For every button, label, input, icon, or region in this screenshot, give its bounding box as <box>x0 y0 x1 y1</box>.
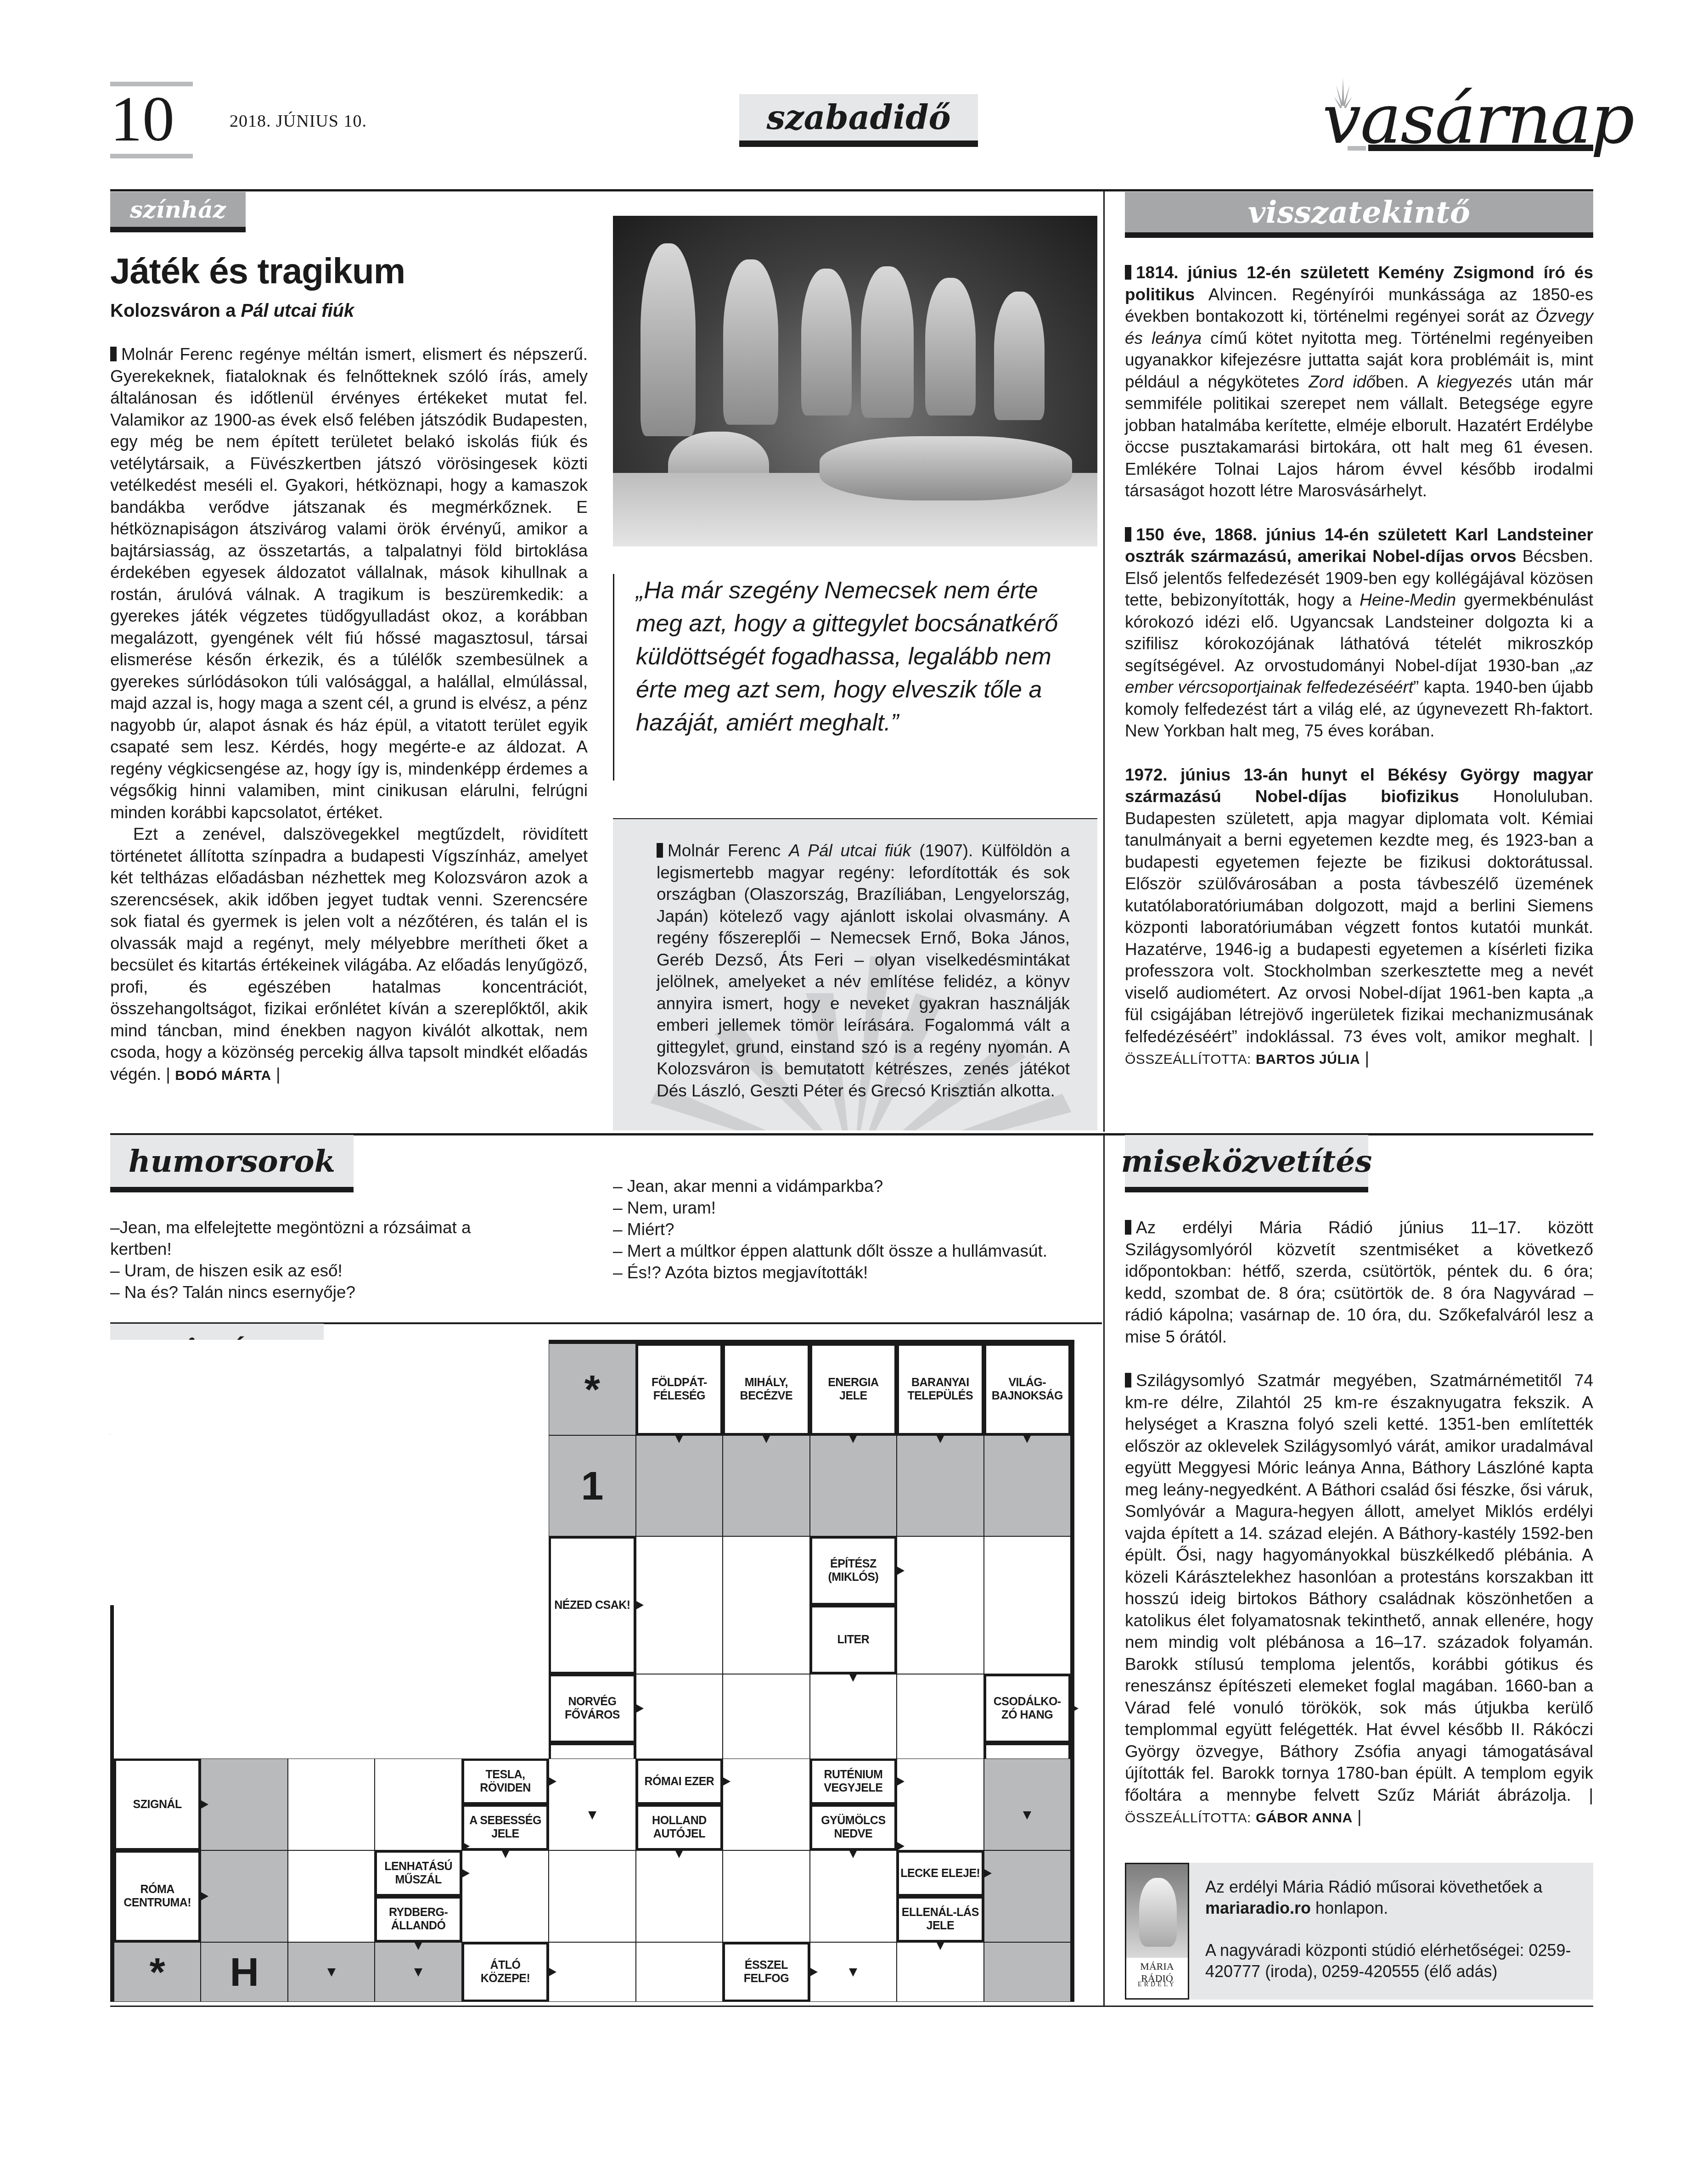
retro-text: ben. A <box>1376 372 1437 391</box>
quote-rule <box>613 574 614 781</box>
tag-visszatekinto: visszatekintő <box>1125 192 1593 238</box>
answer-cell[interactable] <box>897 1536 983 1674</box>
author-byline: GÁBOR ANNA <box>1256 1810 1353 1826</box>
star-cell: * <box>549 1343 635 1435</box>
paragraph-marker <box>1125 1220 1131 1235</box>
publication-logo: vasárnap <box>1322 85 1634 154</box>
retro-column: 1814. június 12-én született Kemény Zsig… <box>1125 262 1593 1071</box>
paragraph-text: Ezt a zenével, dalszövegekkel megtűzdelt… <box>110 825 588 1084</box>
retro-item: 1814. június 12-én született Kemény Zsig… <box>1125 262 1593 502</box>
joke-1: –Jean, ma elfelejtette megöntözni a rózs… <box>110 1217 523 1303</box>
joke-line: – Jean, akar menni a vidámparkba? <box>613 1175 1072 1197</box>
clue-cell: ÉPÍTÉSZ (MIKLÓS) <box>810 1536 897 1605</box>
tag-label: humorsorok <box>129 1143 335 1179</box>
author-byline: BARTOS JÚLIA <box>1256 1052 1360 1067</box>
subhead-text: Kolozsváron a <box>110 301 241 321</box>
answer-cell[interactable] <box>462 1850 549 1942</box>
clue-cell: LITER <box>810 1605 897 1674</box>
clue-cell: LECKE ELEJE! <box>897 1850 983 1896</box>
answer-cell[interactable] <box>201 1759 287 1850</box>
answer-cell[interactable] <box>723 1536 809 1674</box>
article-body: Molnár Ferenc regénye méltán ismert, eli… <box>110 343 588 1086</box>
page-number-bar-bottom <box>110 154 193 158</box>
subhead-title: Pál utcai fiúk <box>241 301 354 321</box>
page-number: 10 <box>110 87 174 152</box>
pull-quote: „Ha már szegény Nemecsek nem érte meg az… <box>636 574 1077 739</box>
article-subhead: Kolozsváron a Pál utcai fiúk <box>110 301 354 321</box>
clue-cell: MIHÁLY, BECÉZVE <box>723 1343 809 1435</box>
clue-cell: ÁTLÓ KÖZEPE! <box>462 1942 549 2002</box>
clue-cell: SZIGNÁL <box>114 1759 201 1850</box>
answer-cell[interactable] <box>636 1942 723 2002</box>
retro-italic: kiegyezés <box>1437 372 1512 391</box>
clue-cell: HOLLAND AUTÓJEL <box>636 1804 723 1850</box>
joke-line: – Na és? Talán nincs esernyője? <box>110 1281 523 1303</box>
section-label: szabadidő <box>766 98 950 137</box>
answer-cell[interactable] <box>636 1435 723 1536</box>
mass-paragraph: Szilágysomlyó Szatmár megyében, Szatmárn… <box>1125 1370 1593 1829</box>
article-paragraph: Molnár Ferenc regénye méltán ismert, eli… <box>110 343 588 823</box>
clue-cell: RUTÉNIUM VEGYJELE <box>810 1759 897 1804</box>
info-box: Molnár Ferenc A Pál utcai fiúk (1907). K… <box>613 818 1097 1130</box>
logo-underline <box>1368 145 1593 151</box>
article-headline: Játék és tragikum <box>110 250 405 292</box>
answer-cell[interactable] <box>636 1536 723 1674</box>
maria-radio-logo: MÁRIA RÁDIÓ ERDÉLY <box>1125 1863 1189 2000</box>
mass-column: Az erdélyi Mária Rádió június 11–17. köz… <box>1125 1217 1593 1829</box>
madonna-icon <box>1139 1878 1177 1947</box>
joke-line: – És!? Azóta biztos megjavították! <box>613 1262 1072 1283</box>
column-divider-upper <box>1103 191 1105 1132</box>
answer-cell[interactable] <box>984 1850 1071 1942</box>
clue-cell: LENHATÁSÚ MŰSZÁL <box>375 1850 461 1896</box>
answer-cell[interactable] <box>897 1435 983 1536</box>
grid-blank-area <box>110 1340 549 1605</box>
paragraph-text: Szilágysomlyó Szatmár megyében, Szatmárn… <box>1125 1371 1593 1804</box>
clue-cell: TESLA, RÖVIDEN <box>462 1759 549 1804</box>
clue-cell: RYDBERG-ÁLLANDÓ <box>375 1896 461 1942</box>
retro-italic: Zord idő <box>1309 372 1376 391</box>
joke-line: – Miért? <box>613 1219 1072 1240</box>
answer-cell[interactable] <box>288 1850 375 1942</box>
caption-text: Molnár Ferenc <box>668 841 789 860</box>
joke-line: – Uram, de hiszen esik az eső! <box>110 1260 523 1281</box>
crossword-grid-lower: SZIGNÁL TESLA, RÖVIDEN A SEBESSÉG JELE R… <box>110 1759 1074 2002</box>
paragraph-marker <box>1125 527 1131 542</box>
tag-label: miseközvetítés <box>1121 1143 1372 1179</box>
star-cell: * <box>114 1942 201 2002</box>
answer-cell[interactable] <box>810 1850 897 1942</box>
answer-cell[interactable] <box>636 1850 723 1942</box>
clue-cell: GYÜMÖLCS NEDVE <box>810 1804 897 1850</box>
section-tag: szabadidő <box>739 94 978 147</box>
clue-cell: ÉSSZEL FELFOG <box>723 1942 809 2002</box>
caption-book-title: A Pál utcai fiúk <box>789 841 911 860</box>
answer-cell[interactable] <box>984 1536 1071 1674</box>
caption-text: (1907). Külföldön a legismertebb magyar … <box>657 841 1070 1100</box>
answer-cell[interactable] <box>810 1435 897 1536</box>
tag-humorsorok: humorsorok <box>110 1135 354 1192</box>
clue-cell: VILÁG-BAJNOKSÁG <box>984 1343 1071 1435</box>
answer-cell[interactable] <box>897 1942 983 2002</box>
answer-cell[interactable] <box>723 1435 809 1536</box>
clue-cell: ELLENÁL-LÁS JELE <box>897 1896 983 1942</box>
paragraph-marker <box>1125 1373 1131 1388</box>
retro-text: Alvincen. Regényírói munkássága az 1850-… <box>1125 285 1593 326</box>
clue-cell: NORVÉG FŐVÁROS <box>549 1674 635 1743</box>
answer-cell[interactable] <box>549 1942 635 2002</box>
answer-cell[interactable] <box>201 1850 287 1942</box>
radio-logo-sub: ERDÉLY <box>1126 1981 1188 1989</box>
joke-line: – Mert a múltkor éppen alattunk dőlt öss… <box>613 1240 1072 1262</box>
bottom-rule <box>110 2006 1593 2007</box>
tag-misekozvetites: miseközvetítés <box>1125 1135 1368 1192</box>
tag-label: színház <box>130 196 226 223</box>
byline-label: ÖSSZEÁLLÍTOTTA: <box>1125 1810 1251 1826</box>
mass-paragraph: Az erdélyi Mária Rádió június 11–17. köz… <box>1125 1217 1593 1348</box>
tag-label: visszatekintő <box>1248 194 1470 230</box>
retro-item: 1972. június 13-án hunyt el Békésy Györg… <box>1125 764 1593 1071</box>
clue-cell: A SEBESSÉG JELE <box>462 1804 549 1850</box>
answer-cell[interactable] <box>723 1850 809 1942</box>
paragraph-text: Az erdélyi Mária Rádió június 11–17. köz… <box>1125 1218 1593 1346</box>
answer-cell[interactable] <box>984 1435 1071 1536</box>
paragraph-text: Molnár Ferenc regénye méltán ismert, eli… <box>110 345 588 822</box>
answer-cell[interactable] <box>897 1759 983 1850</box>
retro-item: 150 éve, 1868. június 14-én született Ka… <box>1125 524 1593 742</box>
clue-cell: RÓMA CENTRUMA! <box>114 1850 201 1942</box>
row-letter-h: H <box>201 1942 287 2002</box>
answer-cell[interactable] <box>549 1850 635 1942</box>
clue-cell: BARANYAI TELEPÜLÉS <box>897 1343 983 1435</box>
answer-cell[interactable] <box>549 1759 635 1850</box>
joke-line: – Nem, uram! <box>613 1197 1072 1219</box>
logo-underline-accent <box>1348 146 1366 151</box>
retro-italic: Heine-Medin <box>1360 590 1456 609</box>
row-number-1: 1 <box>549 1435 635 1536</box>
byline-label: ÖSSZEÁLLÍTOTTA: <box>1125 1052 1251 1067</box>
radio-text: Az erdélyi Mária Rádió műsorai követhető… <box>1205 1877 1542 1896</box>
clue-cell: CSODÁLKO-ZÓ HANG <box>984 1674 1071 1743</box>
answer-cell[interactable] <box>288 1759 375 1850</box>
answer-cell[interactable] <box>984 1759 1071 1850</box>
retro-text: Honoluluban. Budapesten született, apja … <box>1125 787 1593 1046</box>
clue-cell: FÖLDPÁT-FÉLESÉG <box>636 1343 723 1435</box>
radio-text: honlapon. <box>1311 1899 1388 1917</box>
issue-date: 2018. JÚNIUS 10. <box>230 111 367 131</box>
column-divider-lower <box>1103 1134 1105 2006</box>
radio-info: Az erdélyi Mária Rádió műsorai követhető… <box>1205 1877 1582 1982</box>
answer-cell[interactable] <box>375 1759 461 1850</box>
answer-cell[interactable] <box>984 1942 1071 2002</box>
answer-cell[interactable] <box>723 1759 809 1850</box>
paragraph-marker <box>110 347 117 361</box>
radio-info-line: Az erdélyi Mária Rádió műsorai követhető… <box>1205 1877 1582 1919</box>
theater-photo <box>613 216 1097 546</box>
joke-2: – Jean, akar menni a vidámparkba? – Nem,… <box>613 1175 1072 1283</box>
info-box-text: Molnár Ferenc A Pál utcai fiúk (1907). K… <box>657 840 1070 1101</box>
paragraph-marker <box>1125 265 1131 280</box>
radio-website-link[interactable]: mariaradio.ro <box>1205 1899 1311 1917</box>
article-paragraph: Ezt a zenével, dalszövegekkel megtűzdelt… <box>110 823 588 1086</box>
maria-radio-box: MÁRIA RÁDIÓ ERDÉLY Az erdélyi Mária Rádi… <box>1125 1863 1593 2000</box>
paragraph-marker <box>657 843 663 858</box>
top-rule <box>110 189 1593 191</box>
retro-text: után már semmiféle politikai szerepet ne… <box>1125 372 1593 500</box>
clue-cell: RÓMAI EZER <box>636 1759 723 1804</box>
tag-szinhaz: színház <box>110 192 246 232</box>
clue-cell: NÉZED CSAK! <box>549 1536 635 1674</box>
author-byline: BODÓ MÁRTA <box>175 1068 271 1083</box>
joke-line: –Jean, ma elfelejtette megöntözni a rózs… <box>110 1217 523 1260</box>
clue-cell: ENERGIA JELE <box>810 1343 897 1435</box>
radio-contact: A nagyváradi központi stúdió elérhetőség… <box>1205 1940 1582 1982</box>
